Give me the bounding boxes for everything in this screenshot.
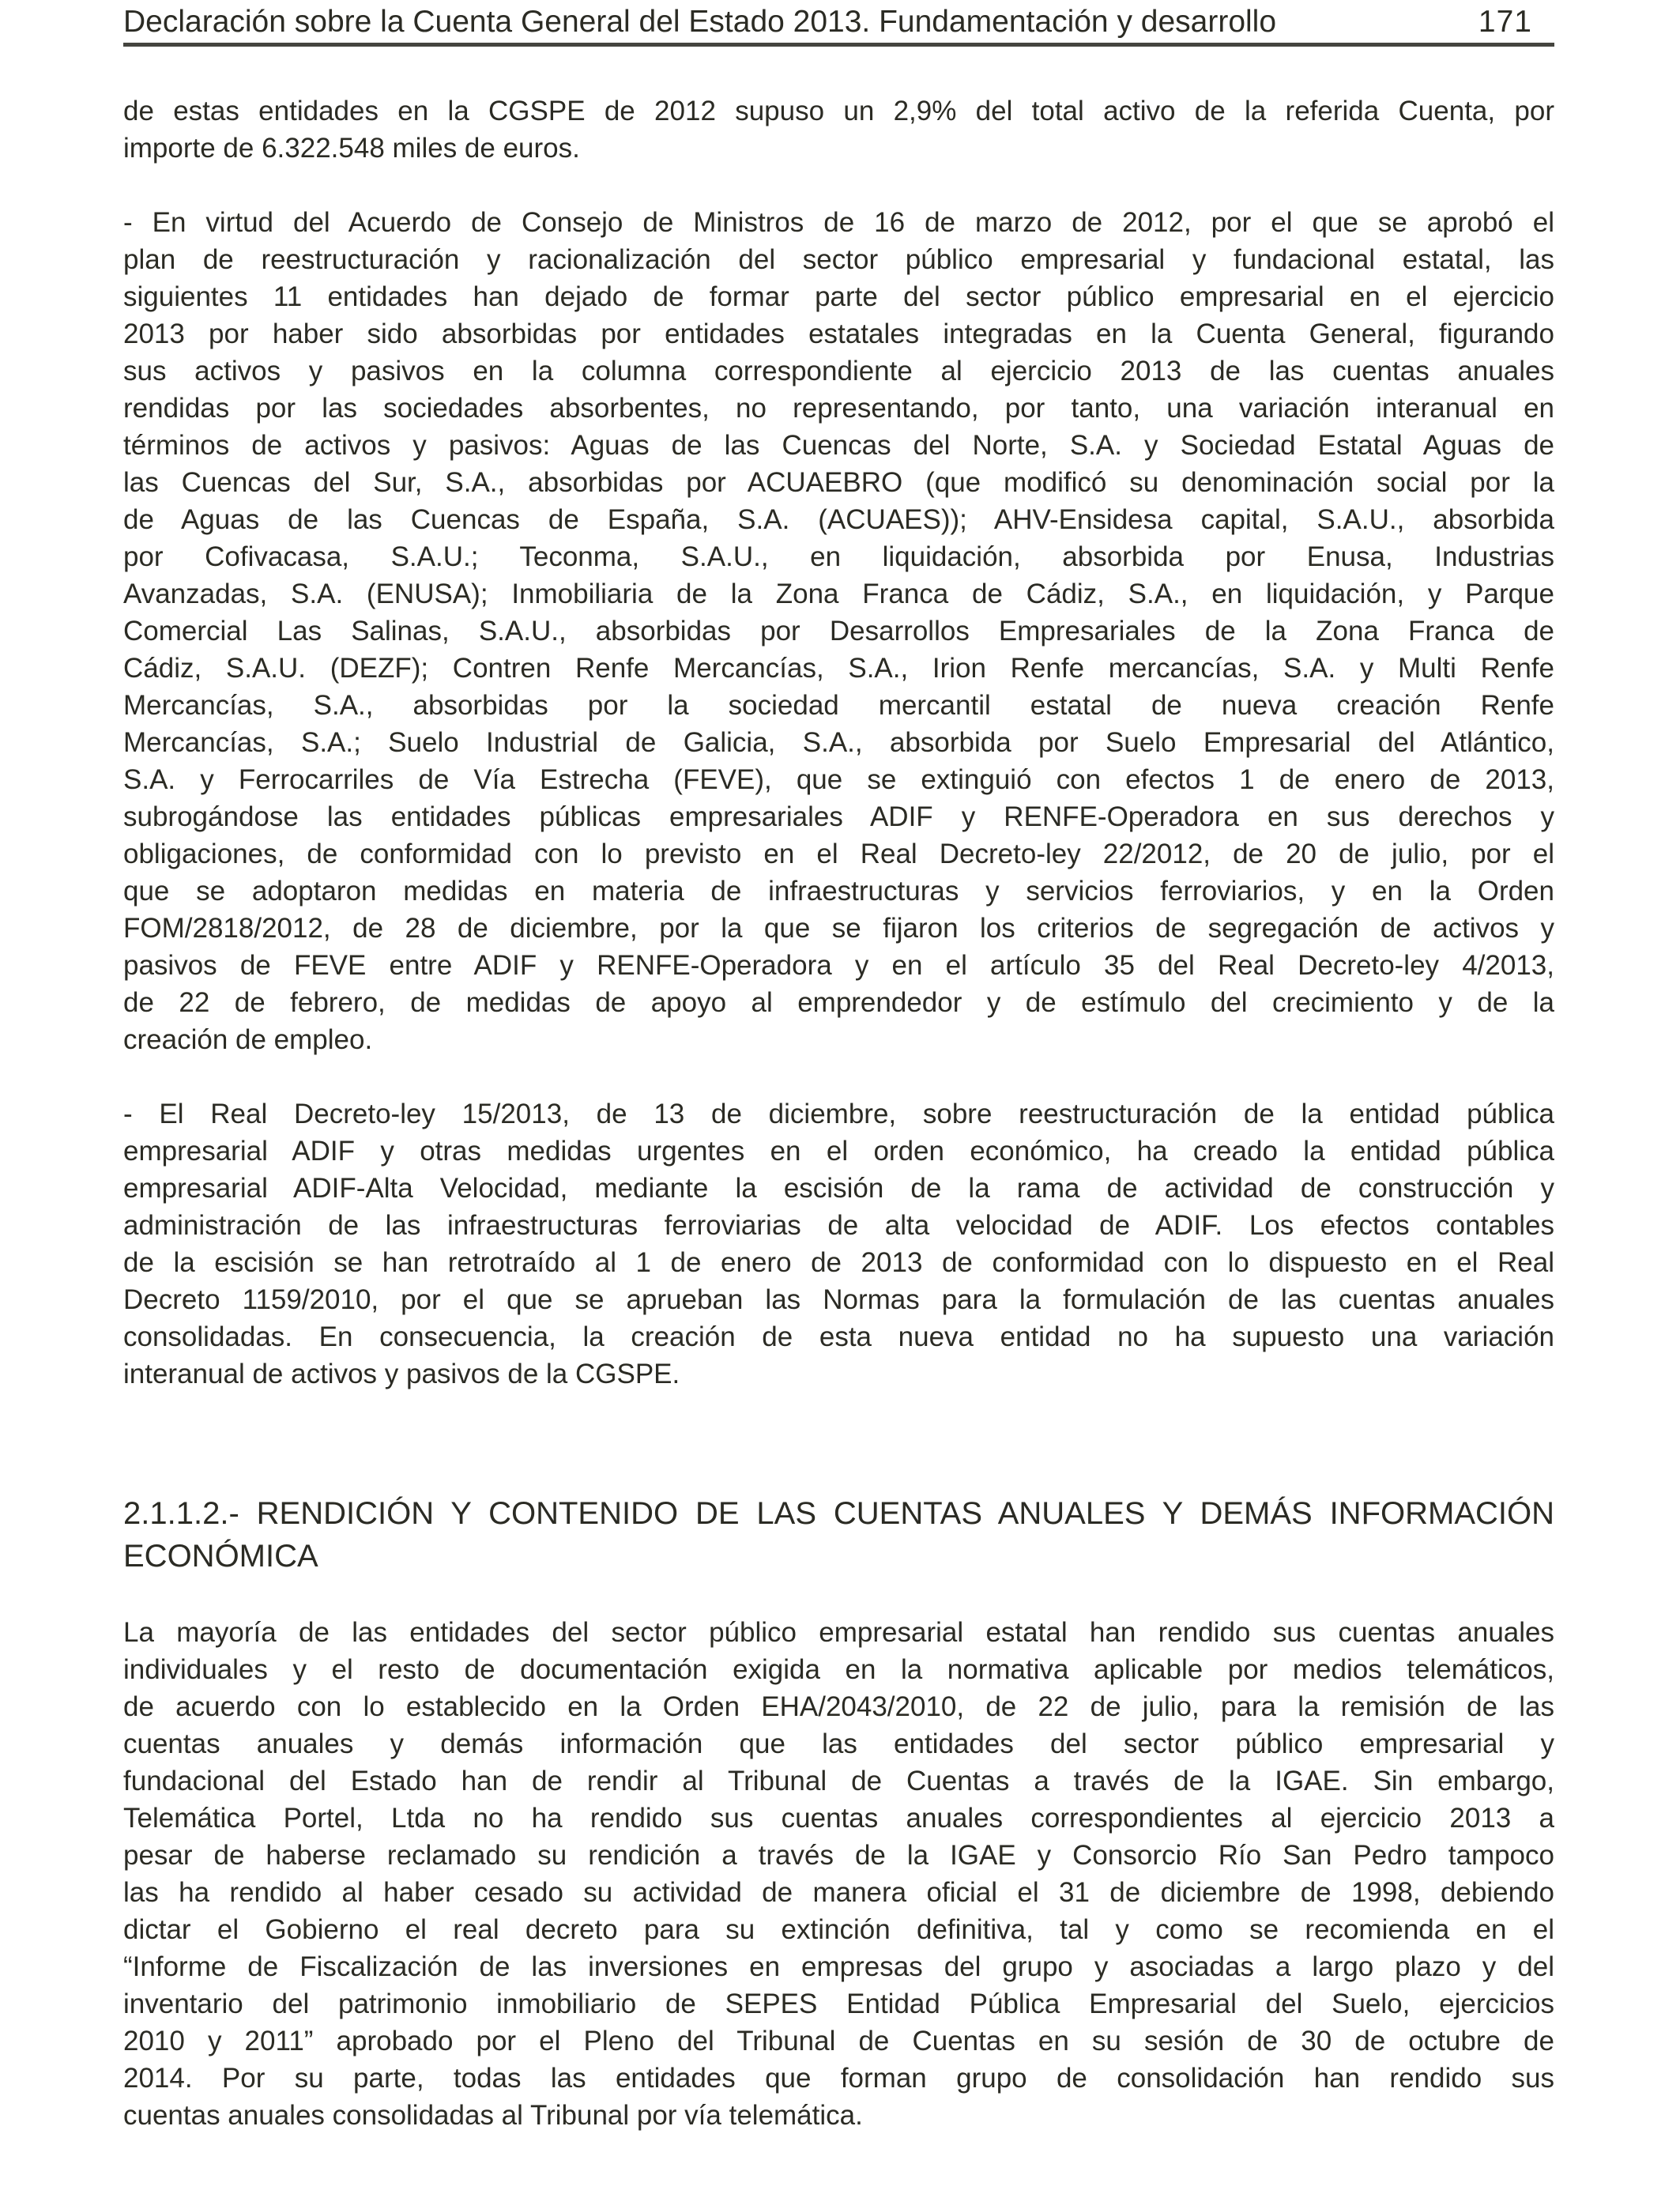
- text-line: que se adoptaron medidas en materia de i…: [123, 873, 1554, 910]
- text-line: - En virtud del Acuerdo de Consejo de Mi…: [123, 204, 1554, 241]
- text-line: las ha rendido al haber cesado su activi…: [123, 1874, 1554, 1911]
- text-line: inventario del patrimonio inmobiliario d…: [123, 1985, 1554, 2022]
- section-heading-2-1-1-2: 2.1.1.2.- RENDICIÓN Y CONTENIDO DE LAS C…: [123, 1492, 1554, 1578]
- text-line: de 22 de febrero, de medidas de apoyo al…: [123, 984, 1554, 1021]
- text-line: interanual de activos y pasivos de la CG…: [123, 1355, 1554, 1393]
- text-line: “Informe de Fiscalización de las inversi…: [123, 1948, 1554, 1985]
- text-line: importe de 6.322.548 miles de euros.: [123, 130, 1554, 167]
- intro-continuation-paragraph: de estas entidades en la CGSPE de 2012 s…: [123, 92, 1554, 167]
- text-line: consolidadas. En consecuencia, la creaci…: [123, 1318, 1554, 1355]
- text-line: dictar el Gobierno el real decreto para …: [123, 1911, 1554, 1948]
- text-line: de acuerdo con lo establecido en la Orde…: [123, 1688, 1554, 1725]
- text-line: términos de activos y pasivos: Aguas de …: [123, 427, 1554, 464]
- text-line: - El Real Decreto-ley 15/2013, de 13 de …: [123, 1095, 1554, 1133]
- text-line: de la escisión se han retrotraído al 1 d…: [123, 1244, 1554, 1281]
- text-line: de estas entidades en la CGSPE de 2012 s…: [123, 92, 1554, 130]
- running-header-title: Declaración sobre la Cuenta General del …: [123, 5, 1276, 40]
- text-line: cuentas anuales y demás información que …: [123, 1725, 1554, 1762]
- text-line: Avanzadas, S.A. (ENUSA); Inmobiliaria de…: [123, 575, 1554, 613]
- text-line: por Cofivacasa, S.A.U.; Teconma, S.A.U.,…: [123, 538, 1554, 575]
- text-line: siguientes 11 entidades han dejado de fo…: [123, 278, 1554, 315]
- text-line: rendidas por las sociedades absorbentes,…: [123, 390, 1554, 427]
- text-line: pesar de haberse reclamado su rendición …: [123, 1837, 1554, 1874]
- text-line: plan de reestructuración y racionalizaci…: [123, 241, 1554, 278]
- running-header: Declaración sobre la Cuenta General del …: [123, 5, 1554, 47]
- paragraph-rendicion-cuentas-anuales: La mayoría de las entidades del sector p…: [123, 1614, 1554, 2134]
- text-line: obligaciones, de conformidad con lo prev…: [123, 835, 1554, 873]
- text-line: Mercancías, S.A., absorbidas por la soci…: [123, 687, 1554, 724]
- text-line: pasivos de FEVE entre ADIF y RENFE-Opera…: [123, 947, 1554, 984]
- page-number: 171: [1478, 5, 1554, 40]
- text-line: fundacional del Estado han de rendir al …: [123, 1762, 1554, 1800]
- text-line: administración de las infraestructuras f…: [123, 1207, 1554, 1244]
- text-line: 2014. Por su parte, todas las entidades …: [123, 2060, 1554, 2097]
- text-line: Mercancías, S.A.; Suelo Industrial de Ga…: [123, 724, 1554, 761]
- text-line: Telemática Portel, Ltda no ha rendido su…: [123, 1800, 1554, 1837]
- text-line: FOM/2818/2012, de 28 de diciembre, por l…: [123, 910, 1554, 947]
- text-line: 2013 por haber sido absorbidas por entid…: [123, 315, 1554, 352]
- text-line: sus activos y pasivos en la columna corr…: [123, 352, 1554, 390]
- text-line: 2.1.1.2.- RENDICIÓN Y CONTENIDO DE LAS C…: [123, 1492, 1554, 1535]
- bullet-paragraph-acuerdo-consejo-ministros-2012: - En virtud del Acuerdo de Consejo de Mi…: [123, 204, 1554, 1058]
- document-page: Declaración sobre la Cuenta General del …: [0, 0, 1680, 2194]
- text-line: Decreto 1159/2010, por el que se aprueba…: [123, 1281, 1554, 1318]
- text-line: empresarial ADIF y otras medidas urgente…: [123, 1133, 1554, 1170]
- text-line: ECONÓMICA: [123, 1535, 1554, 1578]
- text-line: Cádiz, S.A.U. (DEZF); Contren Renfe Merc…: [123, 650, 1554, 687]
- text-line: Comercial Las Salinas, S.A.U., absorbida…: [123, 613, 1554, 650]
- text-line: de Aguas de las Cuencas de España, S.A. …: [123, 501, 1554, 538]
- text-line: La mayoría de las entidades del sector p…: [123, 1614, 1554, 1651]
- text-line: cuentas anuales consolidadas al Tribunal…: [123, 2097, 1554, 2134]
- text-line: subrogándose las entidades públicas empr…: [123, 798, 1554, 835]
- text-line: 2010 y 2011” aprobado por el Pleno del T…: [123, 2022, 1554, 2060]
- page-body: de estas entidades en la CGSPE de 2012 s…: [123, 92, 1554, 2134]
- bullet-paragraph-real-decreto-ley-15-2013: - El Real Decreto-ley 15/2013, de 13 de …: [123, 1095, 1554, 1393]
- text-line: empresarial ADIF-Alta Velocidad, mediant…: [123, 1170, 1554, 1207]
- text-line: S.A. y Ferrocarriles de Vía Estrecha (FE…: [123, 761, 1554, 798]
- text-line: individuales y el resto de documentación…: [123, 1651, 1554, 1688]
- text-line: las Cuencas del Sur, S.A., absorbidas po…: [123, 464, 1554, 501]
- text-line: creación de empleo.: [123, 1021, 1554, 1058]
